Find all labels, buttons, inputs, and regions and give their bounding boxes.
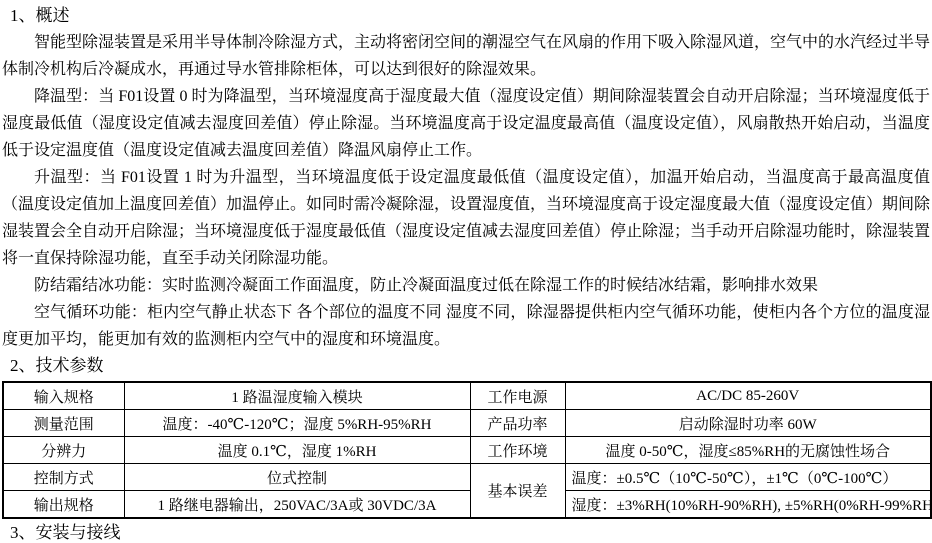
cell-label-measure-range: 测量范围 xyxy=(3,410,124,437)
cell-value-output-spec: 1 路继电器输出，250VAC/3A或 30VDC/3A xyxy=(124,491,470,519)
table-row-resolution: 分辨力 温度 0.1℃，湿度 1%RH 工作环境 温度 0-50℃，湿度≤85%… xyxy=(3,437,931,464)
cell-label-output-spec: 输出规格 xyxy=(3,491,124,519)
table-row-measure-range: 测量范围 温度：-40℃-120℃；湿度 5%RH-95%RH 产品功率 启动除… xyxy=(3,410,931,437)
cell-label-control-mode: 控制方式 xyxy=(3,464,124,491)
heading-overview: 1、概述 xyxy=(2,3,930,29)
cell-value-basic-error-humidity: 湿度：±3%RH(10%RH-90%RH), ±5%RH(0%RH-99%RH) xyxy=(565,491,931,519)
table-row-input-spec: 输入规格 1 路温湿度输入模块 工作电源 AC/DC 85-260V xyxy=(3,382,931,410)
cell-label-work-environment: 工作环境 xyxy=(470,437,565,464)
cell-value-input-spec: 1 路温湿度输入模块 xyxy=(124,382,470,410)
paragraph-cooling-mode: 降温型：当 F01设置 0 时为降温型，当环境湿度高于湿度最大值（湿度设定值）期… xyxy=(2,83,930,164)
document-body: 1、概述 智能型除湿装置是采用半导体制冷除湿方式，主动将密闭空间的潮湿空气在风扇… xyxy=(0,0,932,543)
heading-tech-params: 2、技术参数 xyxy=(2,353,930,379)
table-row-output-spec: 输出规格 1 路继电器输出，250VAC/3A或 30VDC/3A 湿度：±3%… xyxy=(3,491,931,519)
cell-value-power-supply: AC/DC 85-260V xyxy=(565,382,931,410)
paragraph-antifrost-function: 防结霜结冰功能：实时监测冷凝面工作面温度，防止冷凝面温度过低在除湿工作的时候结冰… xyxy=(2,272,930,299)
cell-value-resolution: 温度 0.1℃，湿度 1%RH xyxy=(124,437,470,464)
cell-label-resolution: 分辨力 xyxy=(3,437,124,464)
cell-value-basic-error-temp: 温度：±0.5℃（10℃-50℃），±1℃（0℃-100℃） xyxy=(565,464,931,491)
paragraph-air-circulation-function: 空气循环功能：柜内空气静止状态下 各个部位的温度不同 湿度不同，除湿器提供柜内空… xyxy=(2,299,930,353)
cell-label-power-supply: 工作电源 xyxy=(470,382,565,410)
cell-value-control-mode: 位式控制 xyxy=(124,464,470,491)
paragraph-heating-mode: 升温型：当 F01设置 1 时为升温型，当环境温度低于设定温度最低值（温度设定值… xyxy=(2,164,930,272)
heading-install-wiring: 3、安装与接线 xyxy=(2,520,930,543)
table-row-control-mode: 控制方式 位式控制 基本误差 温度：±0.5℃（10℃-50℃），±1℃（0℃-… xyxy=(3,464,931,491)
cell-label-input-spec: 输入规格 xyxy=(3,382,124,410)
paragraph-intro: 智能型除湿装置是采用半导体制冷除湿方式，主动将密闭空间的潮湿空气在风扇的作用下吸… xyxy=(2,29,930,83)
cell-value-measure-range: 温度：-40℃-120℃；湿度 5%RH-95%RH xyxy=(124,410,470,437)
document-page: 1、概述 智能型除湿装置是采用半导体制冷除湿方式，主动将密闭空间的潮湿空气在风扇… xyxy=(0,0,932,543)
tech-params-table: 输入规格 1 路温湿度输入模块 工作电源 AC/DC 85-260V 测量范围 … xyxy=(2,381,932,519)
cell-value-work-environment: 温度 0-50℃，湿度≤85%RH的无腐蚀性场合 xyxy=(565,437,931,464)
cell-label-basic-error: 基本误差 xyxy=(470,464,565,519)
cell-label-product-power: 产品功率 xyxy=(470,410,565,437)
cell-value-product-power: 启动除湿时功率 60W xyxy=(565,410,931,437)
